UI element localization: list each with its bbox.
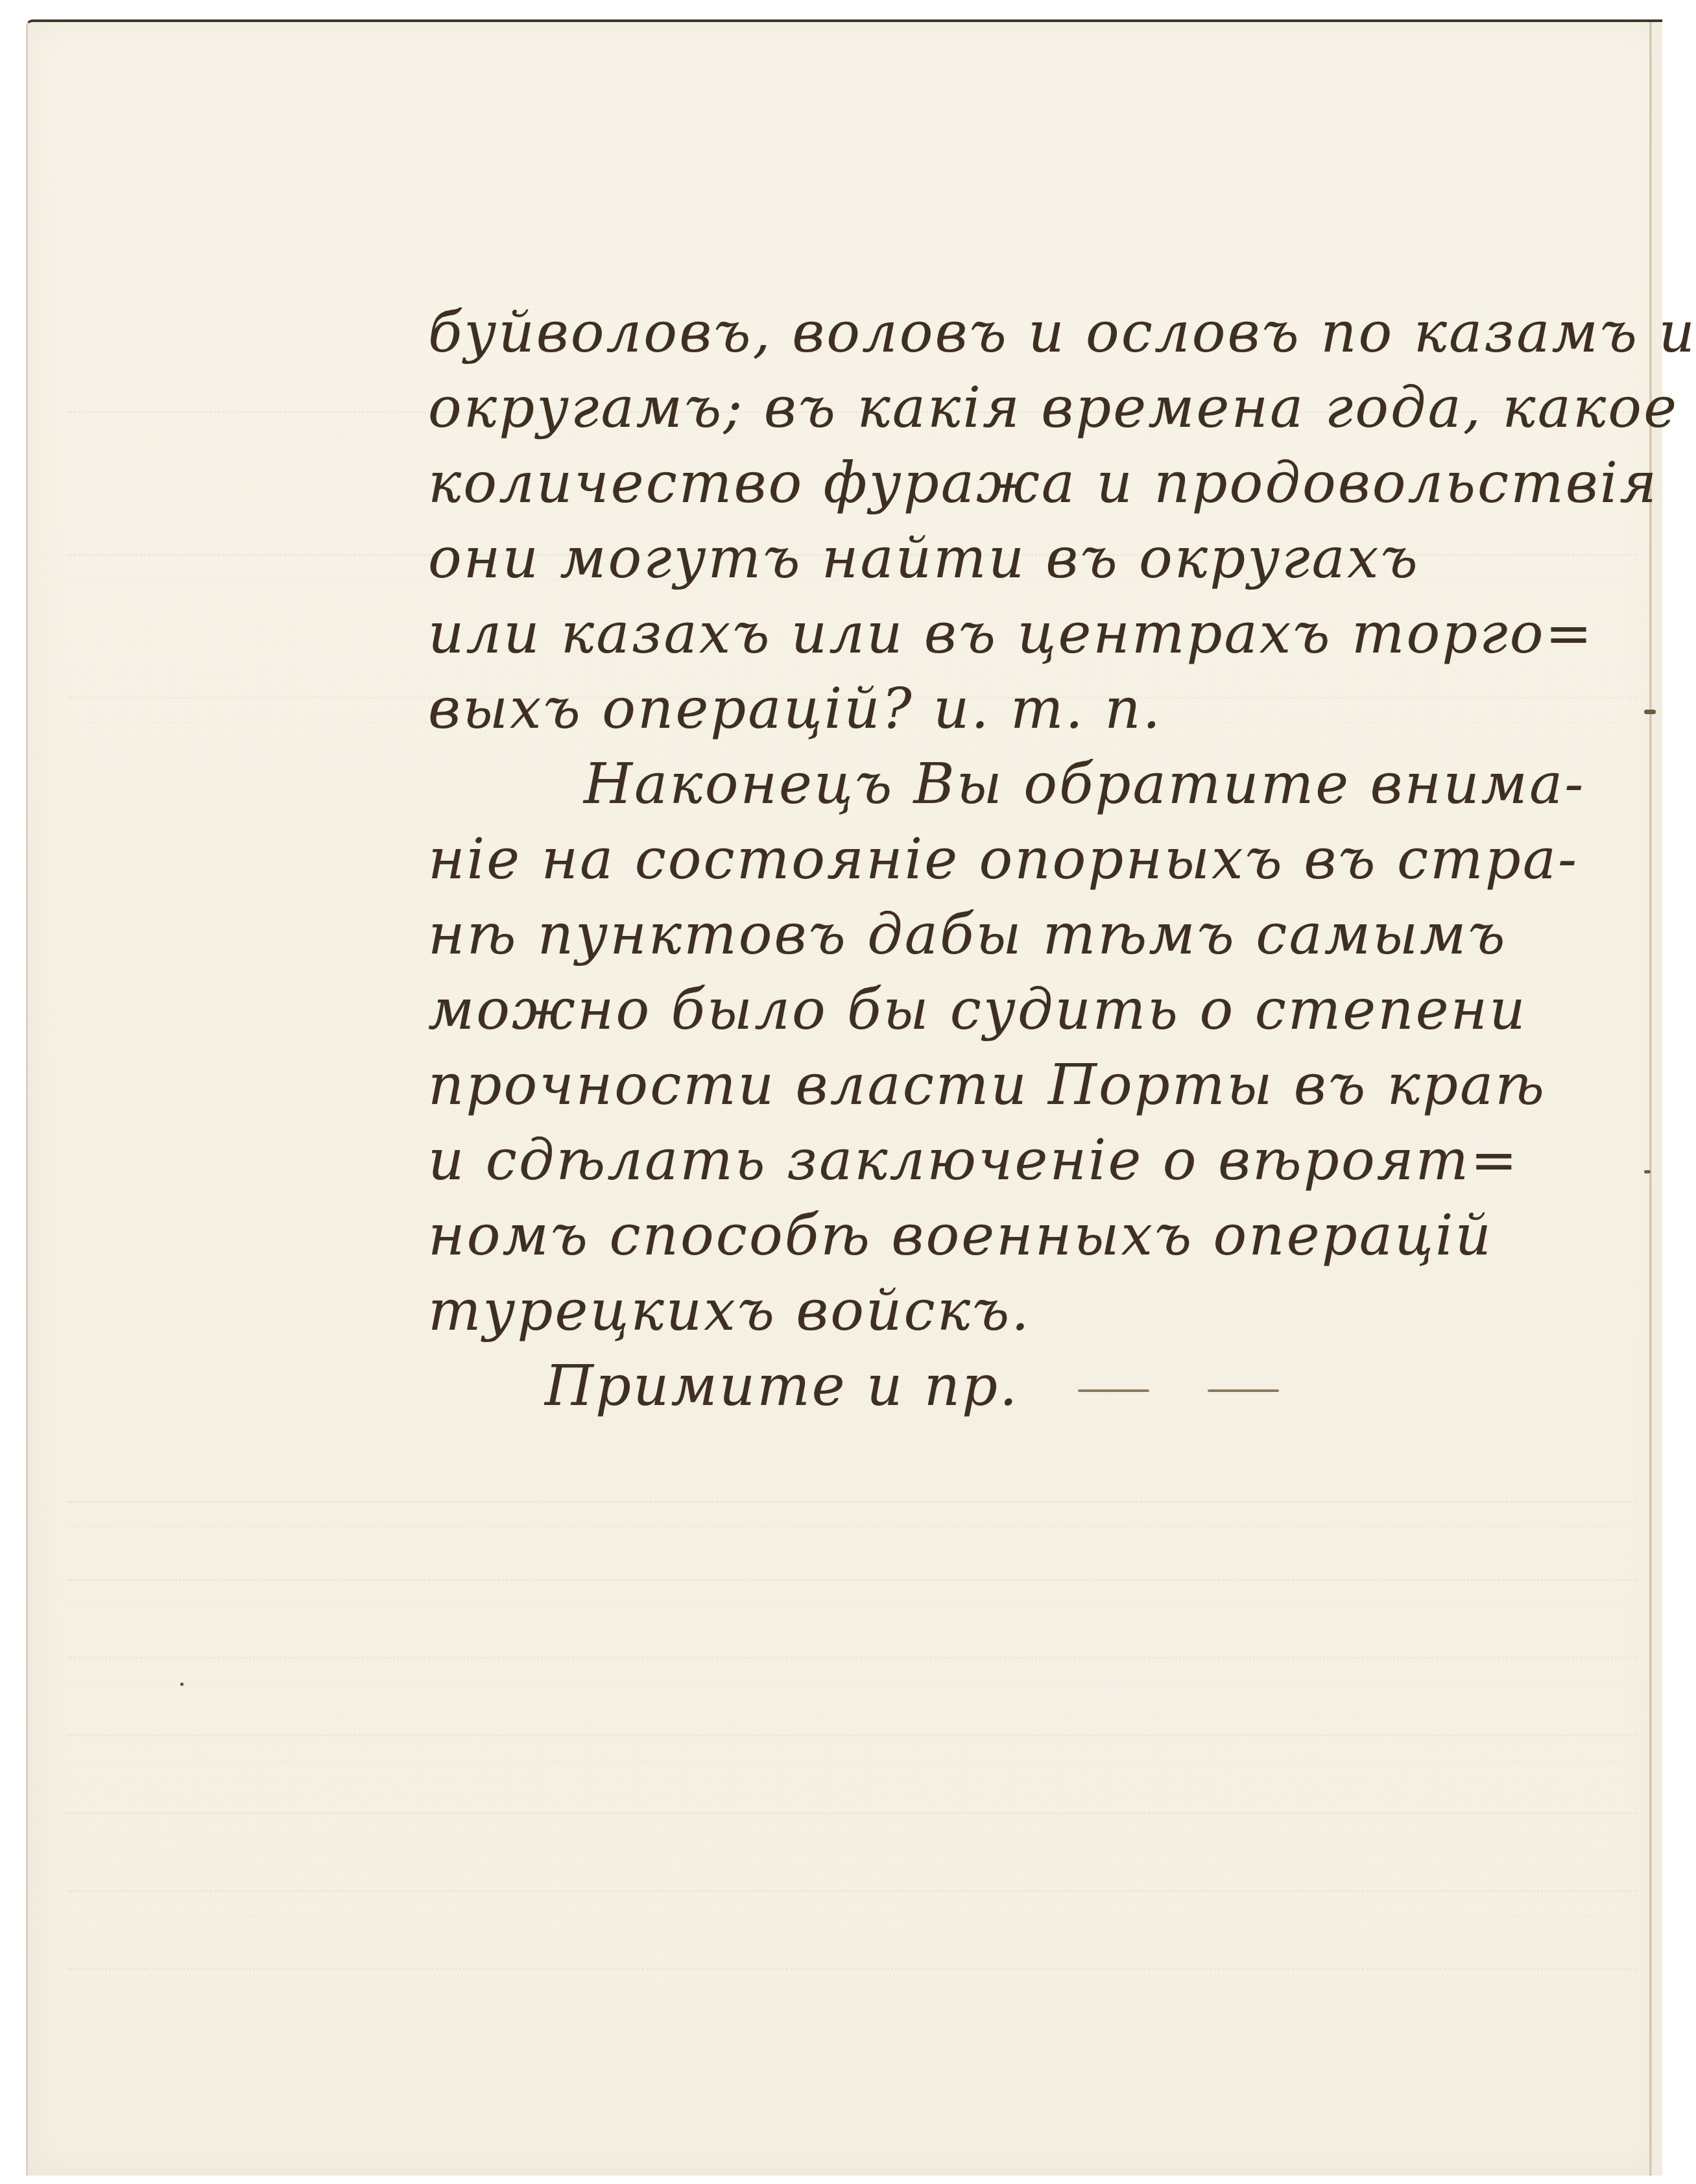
text-line: буйволовъ, воловъ и ословъ по казамъ и (428, 295, 1628, 370)
text-line: ніе на состояніе опорныхъ въ стра- (428, 822, 1628, 897)
ink-speck (180, 1683, 184, 1686)
bleed-through-line (67, 1812, 1636, 1839)
bleed-through-line (67, 1501, 1636, 1528)
bleed-through-line (67, 1890, 1636, 1917)
bleed-through-line (67, 1968, 1636, 1995)
text-line: и сдѣлать заключеніе о вѣроят= (428, 1123, 1628, 1198)
paragraph-start-line: Наконецъ Вы обратите внима- (428, 747, 1628, 822)
bleed-through-line (67, 1579, 1636, 1605)
text-line: можно было бы судить о степени (428, 972, 1628, 1048)
text-line: округамъ; въ какія времена года, какое (428, 370, 1628, 446)
flourish-dash (1208, 1389, 1279, 1392)
text-line: нѣ пунктовъ дабы тѣмъ самымъ (428, 897, 1628, 972)
closing-line: Примите и пр. (428, 1349, 1628, 1424)
closing-formula: Примите и пр. (545, 1354, 1019, 1419)
text-line: количество фуража и продовольствія (428, 446, 1628, 521)
text-line: прочности власти Порты въ краѣ (428, 1048, 1628, 1123)
binding-stitch-hole (1644, 710, 1656, 714)
binding-stitch-hole (1644, 1170, 1651, 1173)
bleed-through-line (67, 1657, 1636, 1683)
flourish-dash (1078, 1389, 1149, 1392)
text-line: турецкихъ войскъ. (428, 1273, 1628, 1349)
text-line: номъ способѣ военныхъ операцій (428, 1198, 1628, 1273)
handwritten-text-block: буйволовъ, воловъ и ословъ по казамъ и о… (428, 295, 1628, 1424)
text-line: или казахъ или въ центрахъ торго= (428, 596, 1628, 671)
text-line: они могутъ найти въ округахъ (428, 521, 1628, 596)
bleed-through-line (67, 1734, 1636, 1761)
scan-background: буйволовъ, воловъ и ословъ по казамъ и о… (0, 0, 1696, 2184)
text-line: выхъ операцій? и. т. п. (428, 671, 1628, 747)
